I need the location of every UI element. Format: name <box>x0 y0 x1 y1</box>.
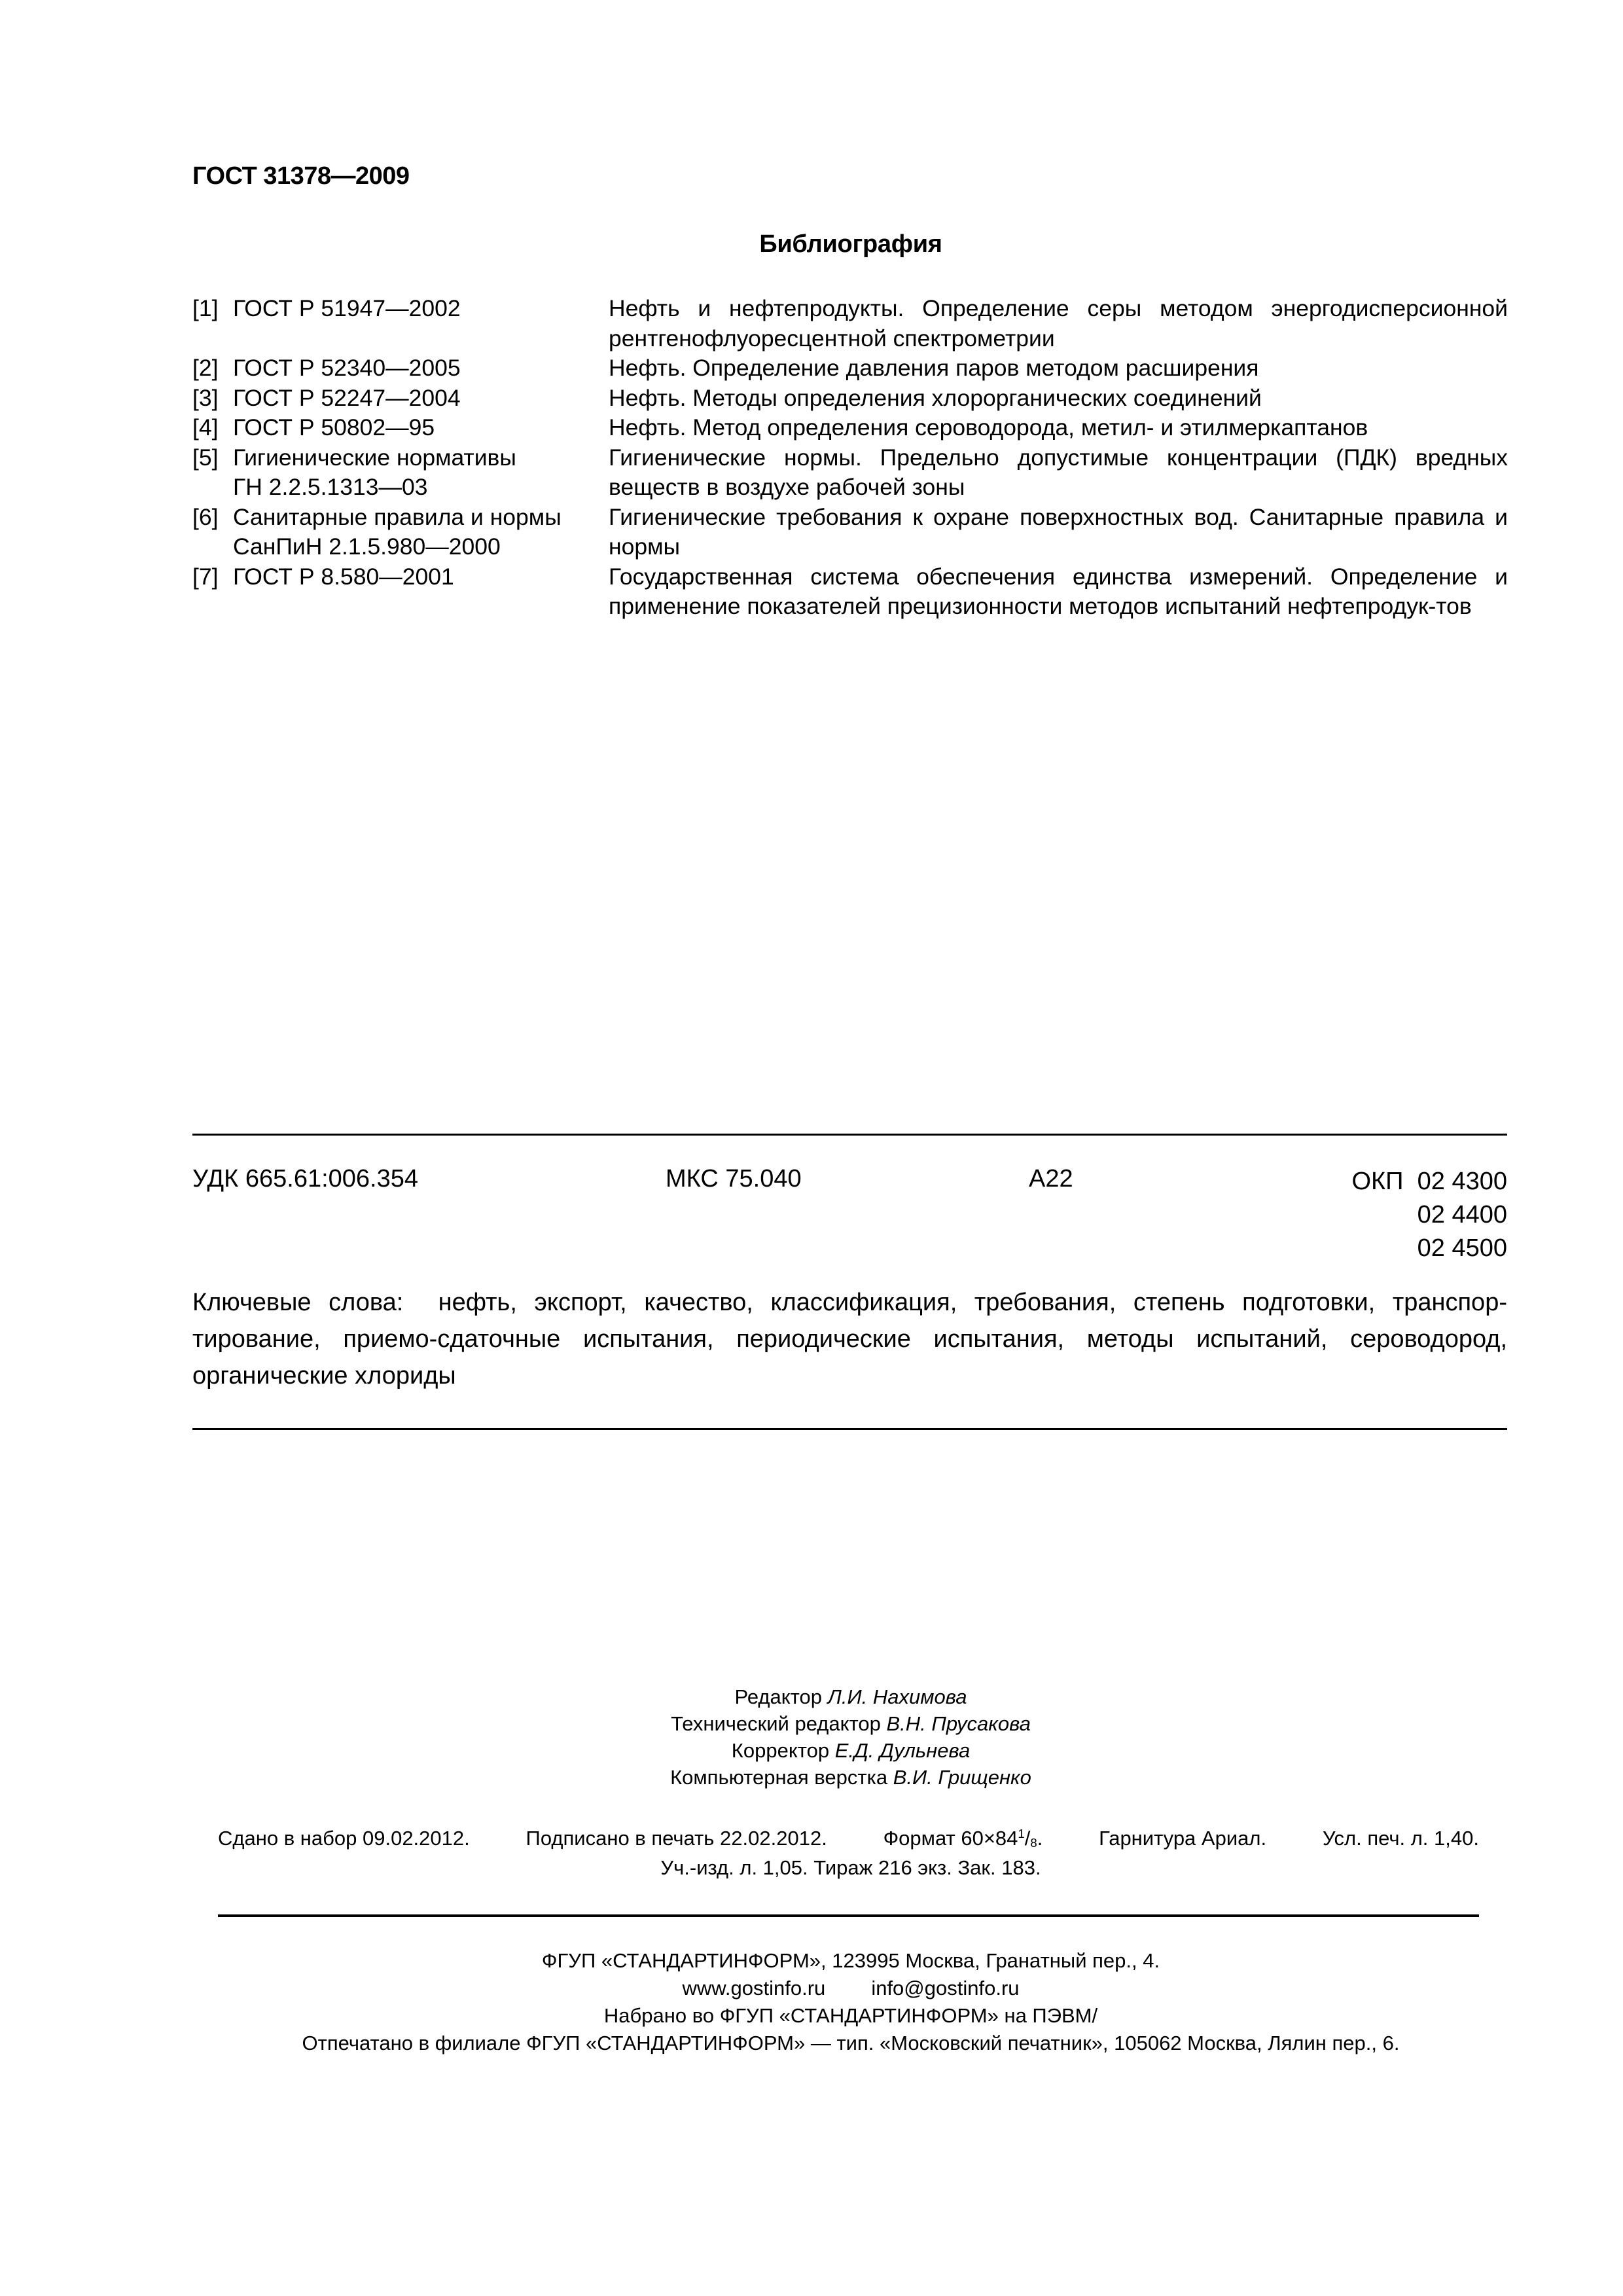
entry-number: [3] <box>192 384 233 414</box>
staff-role: Корректор <box>732 1739 829 1762</box>
staff-role: Технический редактор <box>671 1712 881 1735</box>
entry-number: [7] <box>192 562 233 622</box>
okp-codes: ОКП 02 4300 02 4400 02 4500 <box>1351 1165 1507 1265</box>
staff-name: В.Н. Прусакова <box>886 1712 1030 1735</box>
entry-reference: ГОСТ Р 52247—2004 <box>233 384 609 414</box>
staff-name: Л.И. Нахимова <box>828 1685 967 1708</box>
entry-description: Государственная система обеспечения един… <box>609 562 1508 622</box>
thick-divider-rule <box>218 1914 1479 1917</box>
publisher-address: ФГУП «СТАНДАРТИНФОРМ», 123995 Москва, Гр… <box>0 1947 1623 1975</box>
keywords-label: Ключевые слова: <box>192 1289 403 1316</box>
entry-description: Гигиенические требования к охране поверх… <box>609 503 1508 562</box>
paper-format: Формат 60×841/8. <box>883 1827 1043 1850</box>
email-link[interactable]: info@gostinfo.ru <box>871 1977 1019 2000</box>
staff-line: Технический редактор В.Н. Прусакова <box>0 1710 1623 1737</box>
imprint-line: Сдано в набор 09.02.2012. Подписано в пе… <box>218 1827 1479 1850</box>
bibliography-entry: [4] ГОСТ Р 50802—95 Нефть. Метод определ… <box>192 413 1508 443</box>
entry-description: Нефть. Методы определения хлорорганическ… <box>609 384 1508 414</box>
printed-note: Отпечатано в филиале ФГУП «СТАНДАРТИНФОР… <box>0 2030 1623 2057</box>
staff-line: Корректор Е.Д. Дульнева <box>0 1737 1623 1764</box>
format-suffix: . <box>1037 1827 1043 1850</box>
format-sup: 1 <box>1018 1827 1024 1840</box>
divider-rule <box>192 1428 1507 1430</box>
typeset-note: Набрано во ФГУП «СТАНДАРТИНФОРМ» на ПЭВМ… <box>0 2002 1623 2030</box>
group-code: А22 <box>1029 1165 1073 1193</box>
edition-line: Уч.-изд. л. 1,05. Тираж 216 экз. Зак. 18… <box>0 1856 1623 1880</box>
entry-reference: ГОСТ Р 51947—2002 <box>233 294 609 353</box>
bibliography-entry: [3] ГОСТ Р 52247—2004 Нефть. Методы опре… <box>192 384 1508 414</box>
bibliography-list: [1] ГОСТ Р 51947—2002 Нефть и нефтепроду… <box>192 294 1508 622</box>
publisher-contacts: www.gostinfo.ruinfo@gostinfo.ru <box>0 1975 1623 2002</box>
document-id-header: ГОСТ 31378—2009 <box>192 162 410 190</box>
bibliography-title: Библиография <box>0 230 1623 259</box>
signed-date: Подписано в печать 22.02.2012. <box>526 1827 827 1850</box>
divider-rule <box>192 1134 1507 1136</box>
bibliography-entry: [5] Гигиенические нормативы ГН 2.2.5.131… <box>192 443 1508 503</box>
okp-code: 02 4300 <box>1418 1168 1507 1195</box>
entry-reference: ГОСТ Р 8.580—2001 <box>233 562 609 622</box>
bibliography-entry: [2] ГОСТ Р 52340—2005 Нефть. Определение… <box>192 353 1508 384</box>
format-sub: 8 <box>1030 1836 1037 1850</box>
entry-number: [5] <box>192 443 233 503</box>
keywords-paragraph: Ключевые слова: нефть, экспорт, качество… <box>192 1284 1507 1394</box>
entry-reference: Санитарные правила и нормы СанПиН 2.1.5.… <box>233 503 609 562</box>
mks-code: МКС 75.040 <box>666 1165 802 1193</box>
entry-description: Нефть. Метод определения сероводорода, м… <box>609 413 1508 443</box>
entry-reference: ГОСТ Р 50802—95 <box>233 413 609 443</box>
okp-code: 02 4400 <box>1351 1198 1507 1232</box>
okp-label: ОКП <box>1351 1168 1403 1195</box>
entry-description: Нефть. Определение давления паров методо… <box>609 353 1508 384</box>
bibliography-entry: [1] ГОСТ Р 51947—2002 Нефть и нефтепроду… <box>192 294 1508 353</box>
entry-description: Нефть и нефтепродукты. Определение серы … <box>609 294 1508 353</box>
okp-row: ОКП 02 4300 <box>1351 1165 1507 1198</box>
staff-line: Редактор Л.И. Нахимова <box>0 1683 1623 1710</box>
entry-description: Гигиенические нормы. Предельно допустимы… <box>609 443 1508 503</box>
typeface: Гарнитура Ариал. <box>1099 1827 1266 1850</box>
entry-number: [4] <box>192 413 233 443</box>
bibliography-entry: [6] Санитарные правила и нормы СанПиН 2.… <box>192 503 1508 562</box>
entry-reference: Гигиенические нормативы ГН 2.2.5.1313—03 <box>233 443 609 503</box>
format-prefix: Формат 60×84 <box>883 1827 1018 1850</box>
staff-name: В.И. Грищенко <box>893 1766 1031 1789</box>
bibliography-entry: [7] ГОСТ Р 8.580—2001 Государственная си… <box>192 562 1508 622</box>
publisher-block: ФГУП «СТАНДАРТИНФОРМ», 123995 Москва, Гр… <box>0 1947 1623 2057</box>
editorial-staff: Редактор Л.И. Нахимова Технический редак… <box>0 1683 1623 1791</box>
staff-name: Е.Д. Дульнева <box>835 1739 971 1762</box>
staff-role: Редактор <box>735 1685 822 1708</box>
website-link[interactable]: www.gostinfo.ru <box>682 1977 825 2000</box>
entry-number: [2] <box>192 353 233 384</box>
submitted-date: Сдано в набор 09.02.2012. <box>218 1827 470 1850</box>
okp-code: 02 4500 <box>1351 1232 1507 1265</box>
entry-number: [1] <box>192 294 233 353</box>
entry-number: [6] <box>192 503 233 562</box>
staff-line: Компьютерная верстка В.И. Грищенко <box>0 1764 1623 1791</box>
print-sheets: Усл. печ. л. 1,40. <box>1323 1827 1479 1850</box>
udk-code: УДК 665.61:006.354 <box>192 1165 418 1193</box>
staff-role: Компьютерная верстка <box>670 1766 887 1789</box>
entry-reference: ГОСТ Р 52340—2005 <box>233 353 609 384</box>
